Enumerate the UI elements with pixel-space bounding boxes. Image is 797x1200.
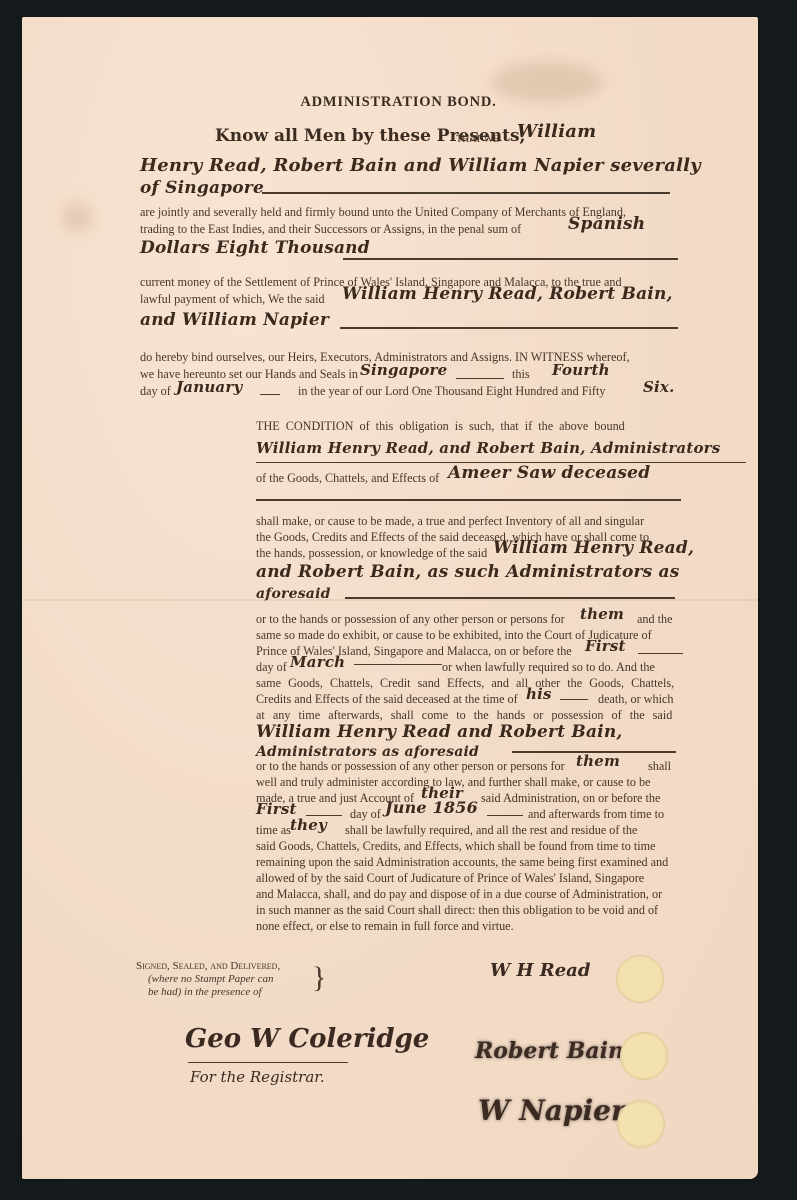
handwritten-day: Fourth <box>552 362 610 378</box>
witness-signature: Geo W Coleridge <box>185 1024 429 1054</box>
handwritten-names: of Singapore <box>140 180 264 196</box>
handwritten-year: Six. <box>643 379 675 395</box>
handwritten-sum: Dollars Eight Thousand <box>140 240 370 256</box>
signature-read: W H Read <box>490 960 590 981</box>
handwritten-currency: Spanish <box>568 216 645 232</box>
handwritten-month: January <box>176 379 242 395</box>
witness-role: For the Registrar. <box>190 1068 325 1086</box>
wax-seal <box>617 1100 665 1148</box>
handwritten-names: Henry Read, Robert Bain and William Napi… <box>140 158 701 174</box>
handwritten-names: William Henry Read, Robert Bain, <box>342 286 673 302</box>
wax-seal <box>616 955 664 1003</box>
handwritten-place: Singapore <box>360 362 447 378</box>
handwritten-names: William <box>517 124 596 140</box>
signature-bain: Robert Bain <box>475 1038 624 1064</box>
stain <box>62 202 92 232</box>
signed-label: Signed, Sealed, and Delivered, <box>136 960 280 973</box>
that-we: THAT WE <box>456 132 499 148</box>
document-title: ADMINISTRATION BOND. <box>0 94 797 111</box>
fold-line <box>22 599 758 601</box>
handwritten-names: William Henry Read, and Robert Bain, Adm… <box>256 440 720 456</box>
signature-napier: W Napier <box>478 1094 626 1127</box>
wax-seal <box>620 1032 668 1080</box>
handwritten-names: and William Napier <box>140 312 329 328</box>
handwritten-deceased: Ameer Saw deceased <box>448 465 650 481</box>
